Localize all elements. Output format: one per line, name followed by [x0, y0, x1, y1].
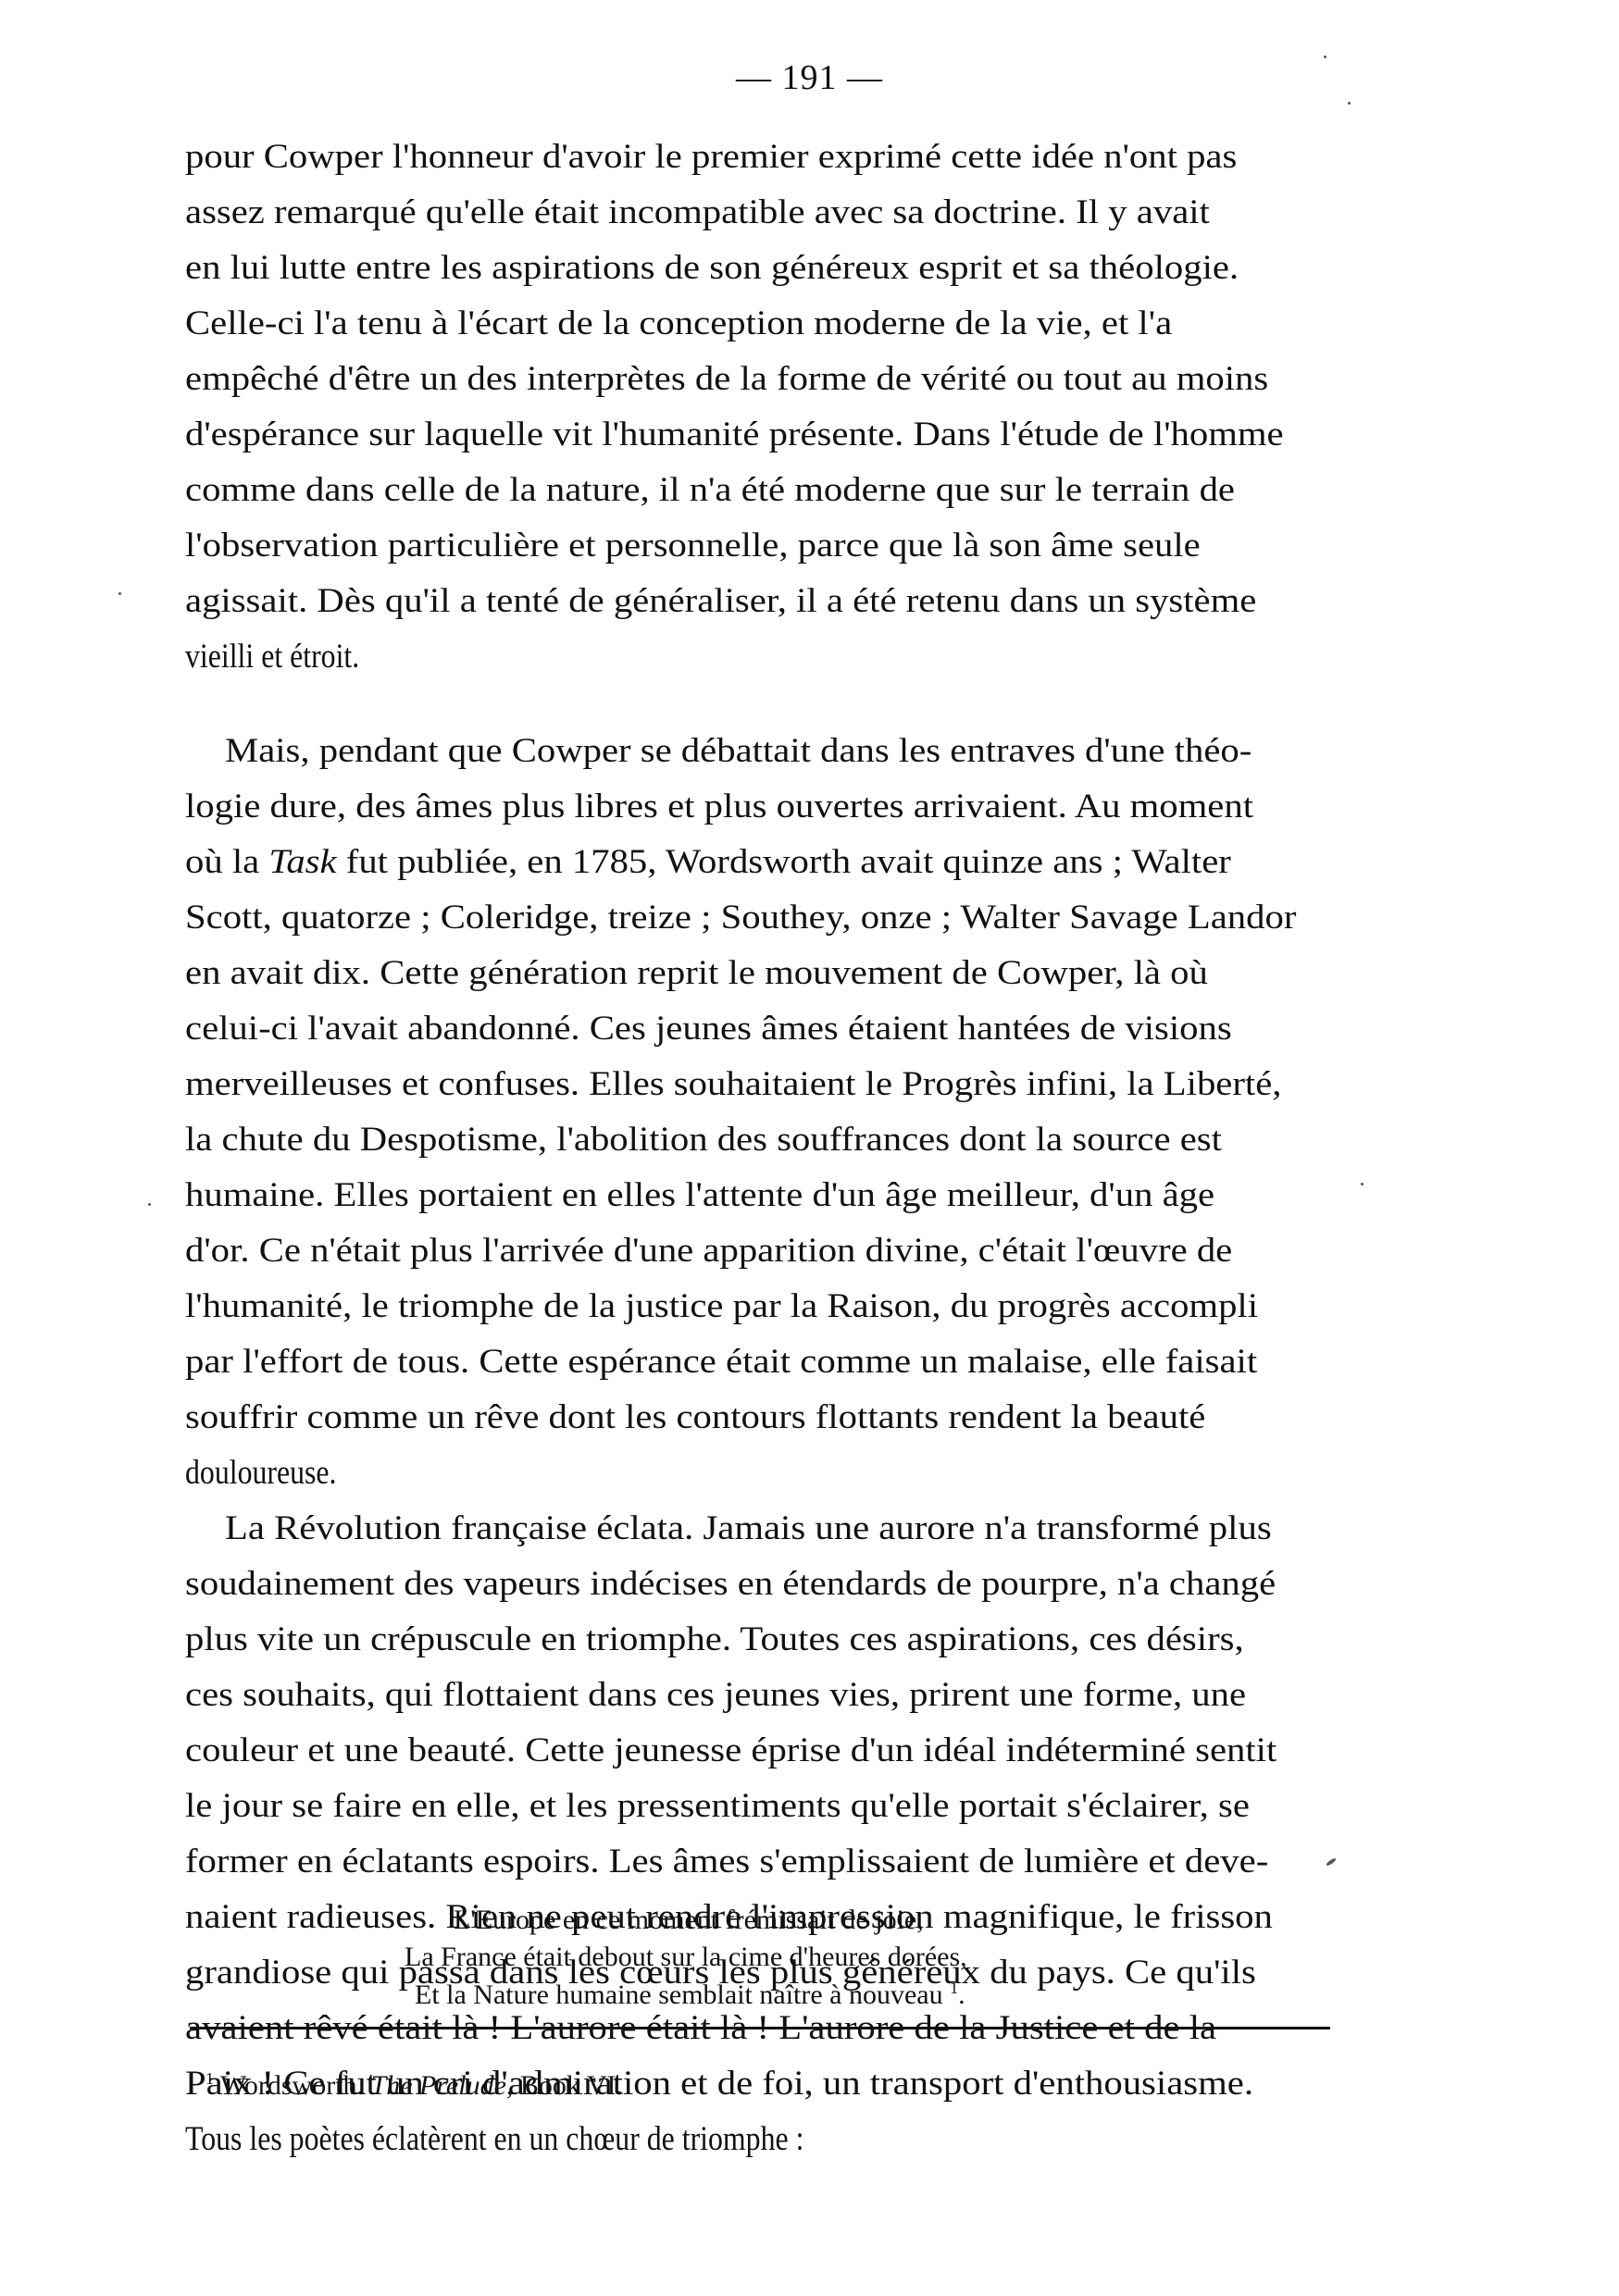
- text-line: plus vite un crépuscule en triomphe. Tou…: [185, 1612, 1244, 1668]
- text-line: d'espérance sur laquelle vit l'humanité …: [185, 407, 1284, 463]
- text-line: couleur et une beauté. Cette jeunesse ép…: [185, 1723, 1277, 1779]
- text-line: en lui lutte entre les aspirations de so…: [185, 241, 1239, 296]
- text-line: par l'effort de tous. Cette espérance ét…: [185, 1334, 1257, 1390]
- text-line: souffrir comme un rêve dont les contours…: [185, 1390, 1205, 1446]
- text-line: merveilleuses et confuses. Elles souhait…: [185, 1057, 1281, 1112]
- footnote-reference: , Book VI.: [506, 2070, 623, 2101]
- footnote-divider: [190, 2027, 1330, 2029]
- text-line: vieilli et étroit.: [185, 629, 359, 685]
- footnote: 1 Wordsworth. The Prelude, Book VI.: [205, 2069, 623, 2102]
- text-line: Celle-ci l'a tenu à l'écart de la concep…: [185, 296, 1172, 352]
- text-line: celui-ci l'avait abandonné. Ces jeunes â…: [185, 1001, 1232, 1057]
- text-line: pour Cowper l'honneur d'avoir le premier…: [185, 130, 1237, 185]
- text-line: empêché d'être un des interprètes de la …: [185, 352, 1268, 407]
- text-line: agissait. Dès qu'il a tenté de généralis…: [185, 574, 1256, 629]
- text-line: former en éclatants espoirs. Les âmes s'…: [185, 1834, 1268, 1890]
- text-line: logie dure, des âmes plus libres et plus…: [185, 779, 1253, 835]
- text-line: la chute du Despotisme, l'abolition des …: [185, 1112, 1222, 1168]
- text-line: d'or. Ce n'était plus l'arrivée d'une ap…: [185, 1223, 1232, 1279]
- text-line: l'humanité, le triomphe de la justice pa…: [185, 1279, 1258, 1334]
- text-line: humaine. Elles portaient en elles l'atte…: [185, 1168, 1214, 1223]
- text-line: Tous les poètes éclatèrent en un chœur d…: [185, 2112, 803, 2167]
- text-line: assez remarqué qu'elle était incompatibl…: [185, 185, 1210, 241]
- text-line: le jour se faire en elle, et les pressen…: [185, 1779, 1250, 1834]
- footnote-author: Wordsworth.: [220, 2070, 364, 2101]
- footnote-number: 1: [205, 2069, 214, 2088]
- text-line: l'observation particulière et personnell…: [185, 518, 1201, 574]
- text-line: en avait dix. Cette génération reprit le…: [185, 946, 1208, 1001]
- verse-line: L'Europe en ce moment frémissait de joie…: [454, 1905, 924, 1936]
- footnote-marker: 1: [950, 1979, 958, 1997]
- page-number: — 191 —: [0, 57, 1619, 98]
- text-line: Scott, quatorze ; Coleridge, treize ; So…: [185, 890, 1296, 946]
- text-line: comme dans celle de la nature, il n'a ét…: [185, 463, 1235, 518]
- scan-speck: [1361, 1183, 1364, 1185]
- text-line-with-italic-title: où la Task fut publiée, en 1785, Wordswo…: [185, 835, 1231, 890]
- italic-title: Task: [268, 843, 336, 881]
- scan-speck: [148, 1203, 151, 1206]
- scan-speck: [1348, 102, 1351, 105]
- text-line: Mais, pendant que Cowper se débattait da…: [225, 724, 1252, 779]
- text-line: La Révolution française éclata. Jamais u…: [225, 1501, 1272, 1557]
- text-line: douloureuse.: [185, 1446, 336, 1501]
- text-line: soudainement des vapeurs indécises en ét…: [185, 1557, 1276, 1612]
- text-line: ces souhaits, qui flottaient dans ces je…: [185, 1668, 1246, 1723]
- scan-speck: [1324, 56, 1326, 58]
- footnote-title: The Prelude: [371, 2070, 506, 2101]
- verse-line: La France était debout sur la cime d'heu…: [405, 1942, 967, 1973]
- verse-line: Et la Nature humaine semblait naître à n…: [415, 1979, 965, 2011]
- scan-speck: [118, 592, 121, 595]
- scan-mark: [1326, 1857, 1337, 1867]
